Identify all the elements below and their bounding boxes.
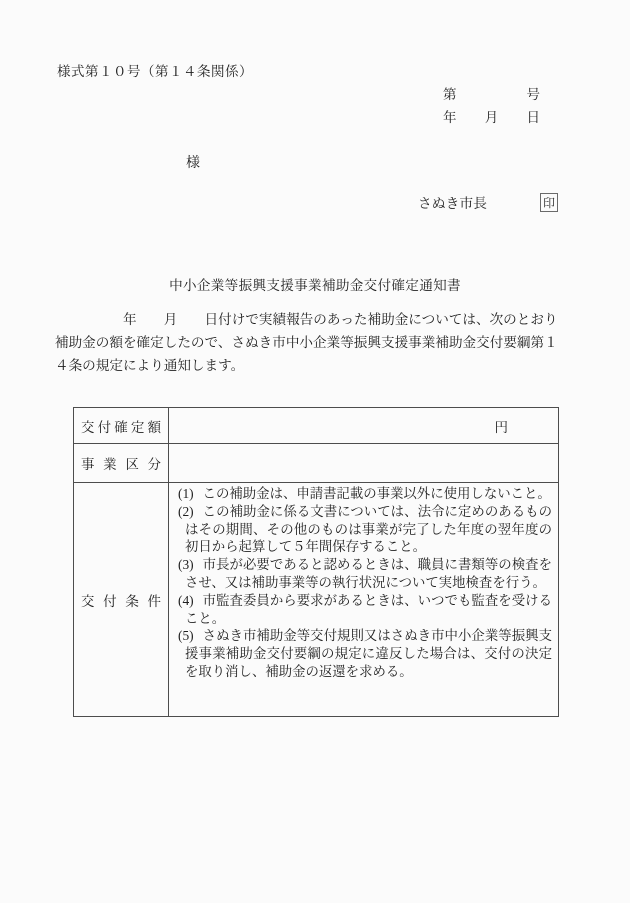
- condition-number: (4): [178, 593, 203, 608]
- document-number-prefix: 第: [443, 83, 457, 103]
- condition-number: (1): [178, 486, 203, 501]
- condition-text: この補助金は、申請書記載の事業以外に使用しないこと。: [203, 486, 551, 501]
- amount-label-cell: 交付確定額: [74, 408, 169, 443]
- conditions-value-cell: (1)この補助金は、申請書記載の事業以外に使用しないこと。 (2)この補助金に係…: [169, 483, 558, 716]
- condition-item: (5)さぬき市補助金等交付規則又はさぬき市中小企業等振興支援事業補助金交付要綱の…: [178, 627, 552, 680]
- condition-text: 市長が必要であると認めるときは、職員に書類等の検査をさせ、又は補助事業等の執行状…: [185, 557, 552, 590]
- document-title: 中小企業等振興支援事業補助金交付確定通知書: [0, 274, 630, 294]
- table-row-category: 事業区分: [74, 444, 558, 483]
- condition-number: (5): [178, 628, 203, 643]
- date-line: 年 月 日: [443, 106, 540, 126]
- date-month-label: 月: [485, 106, 499, 126]
- condition-text: この補助金に係る文書については、法令に定めのあるものはその期間、その他のものは事…: [185, 504, 552, 555]
- issuer-line: さぬき市長 印: [418, 192, 558, 212]
- document-number-suffix: 号: [527, 83, 541, 103]
- addressee-honorific: 様: [186, 152, 200, 172]
- issuer-title: さぬき市長: [418, 192, 487, 212]
- body-line-3: ４条の規定により通知します。: [55, 354, 563, 377]
- body-line-2: 補助金の額を確定したので、さぬき市中小企業等振興支援事業補助金交付要綱第１: [55, 331, 563, 354]
- condition-item: (3)市長が必要であると認めるときは、職員に書類等の検査をさせ、又は補助事業等の…: [178, 556, 552, 592]
- date-year-label: 年: [443, 106, 457, 126]
- table-row-conditions: 交付条件 (1)この補助金は、申請書記載の事業以外に使用しないこと。 (2)この…: [74, 483, 558, 716]
- condition-text: 市監査委員から要求があるときは、いつでも監査を受けること。: [185, 593, 552, 626]
- document-page: 様式第１０号（第１４条関係） 第 号 年 月 日 様 さぬき市長 印 中小企業等…: [0, 0, 630, 903]
- category-label: 事業区分: [81, 453, 161, 473]
- seal-label: 印: [543, 194, 555, 211]
- condition-number: (2): [178, 504, 203, 519]
- conditions-label-cell: 交付条件: [74, 483, 169, 716]
- seal-box: 印: [540, 193, 558, 212]
- table-row-amount: 交付確定額 円: [74, 408, 558, 444]
- conditions-label: 交付条件: [81, 590, 161, 610]
- date-day-label: 日: [527, 106, 541, 126]
- body-paragraph: 年 月 日付けで実績報告のあった補助金については、次のとおり 補助金の額を確定し…: [55, 308, 563, 377]
- condition-item: (2)この補助金に係る文書については、法令に定めのあるものはその期間、その他のも…: [178, 503, 552, 556]
- condition-item: (1)この補助金は、申請書記載の事業以外に使用しないこと。: [178, 485, 552, 503]
- condition-number: (3): [178, 557, 203, 572]
- amount-unit-label: 円: [495, 416, 509, 436]
- amount-label: 交付確定額: [81, 416, 161, 436]
- category-label-cell: 事業区分: [74, 444, 169, 482]
- condition-text: さぬき市補助金等交付規則又はさぬき市中小企業等振興支援事業補助金交付要綱の規定に…: [185, 628, 552, 679]
- category-value-cell: [169, 444, 558, 482]
- details-table: 交付確定額 円 事業区分 交付条件 (1)この補助金は、申請書記載の事業以外に使…: [73, 407, 559, 717]
- condition-item: (4)市監査委員から要求があるときは、いつでも監査を受けること。: [178, 592, 552, 628]
- amount-value-cell: 円: [169, 408, 558, 443]
- form-number: 様式第１０号（第１４条関係）: [57, 60, 253, 80]
- body-line-1: 年 月 日付けで実績報告のあった補助金については、次のとおり: [55, 308, 563, 331]
- document-number-line: 第 号: [443, 83, 540, 103]
